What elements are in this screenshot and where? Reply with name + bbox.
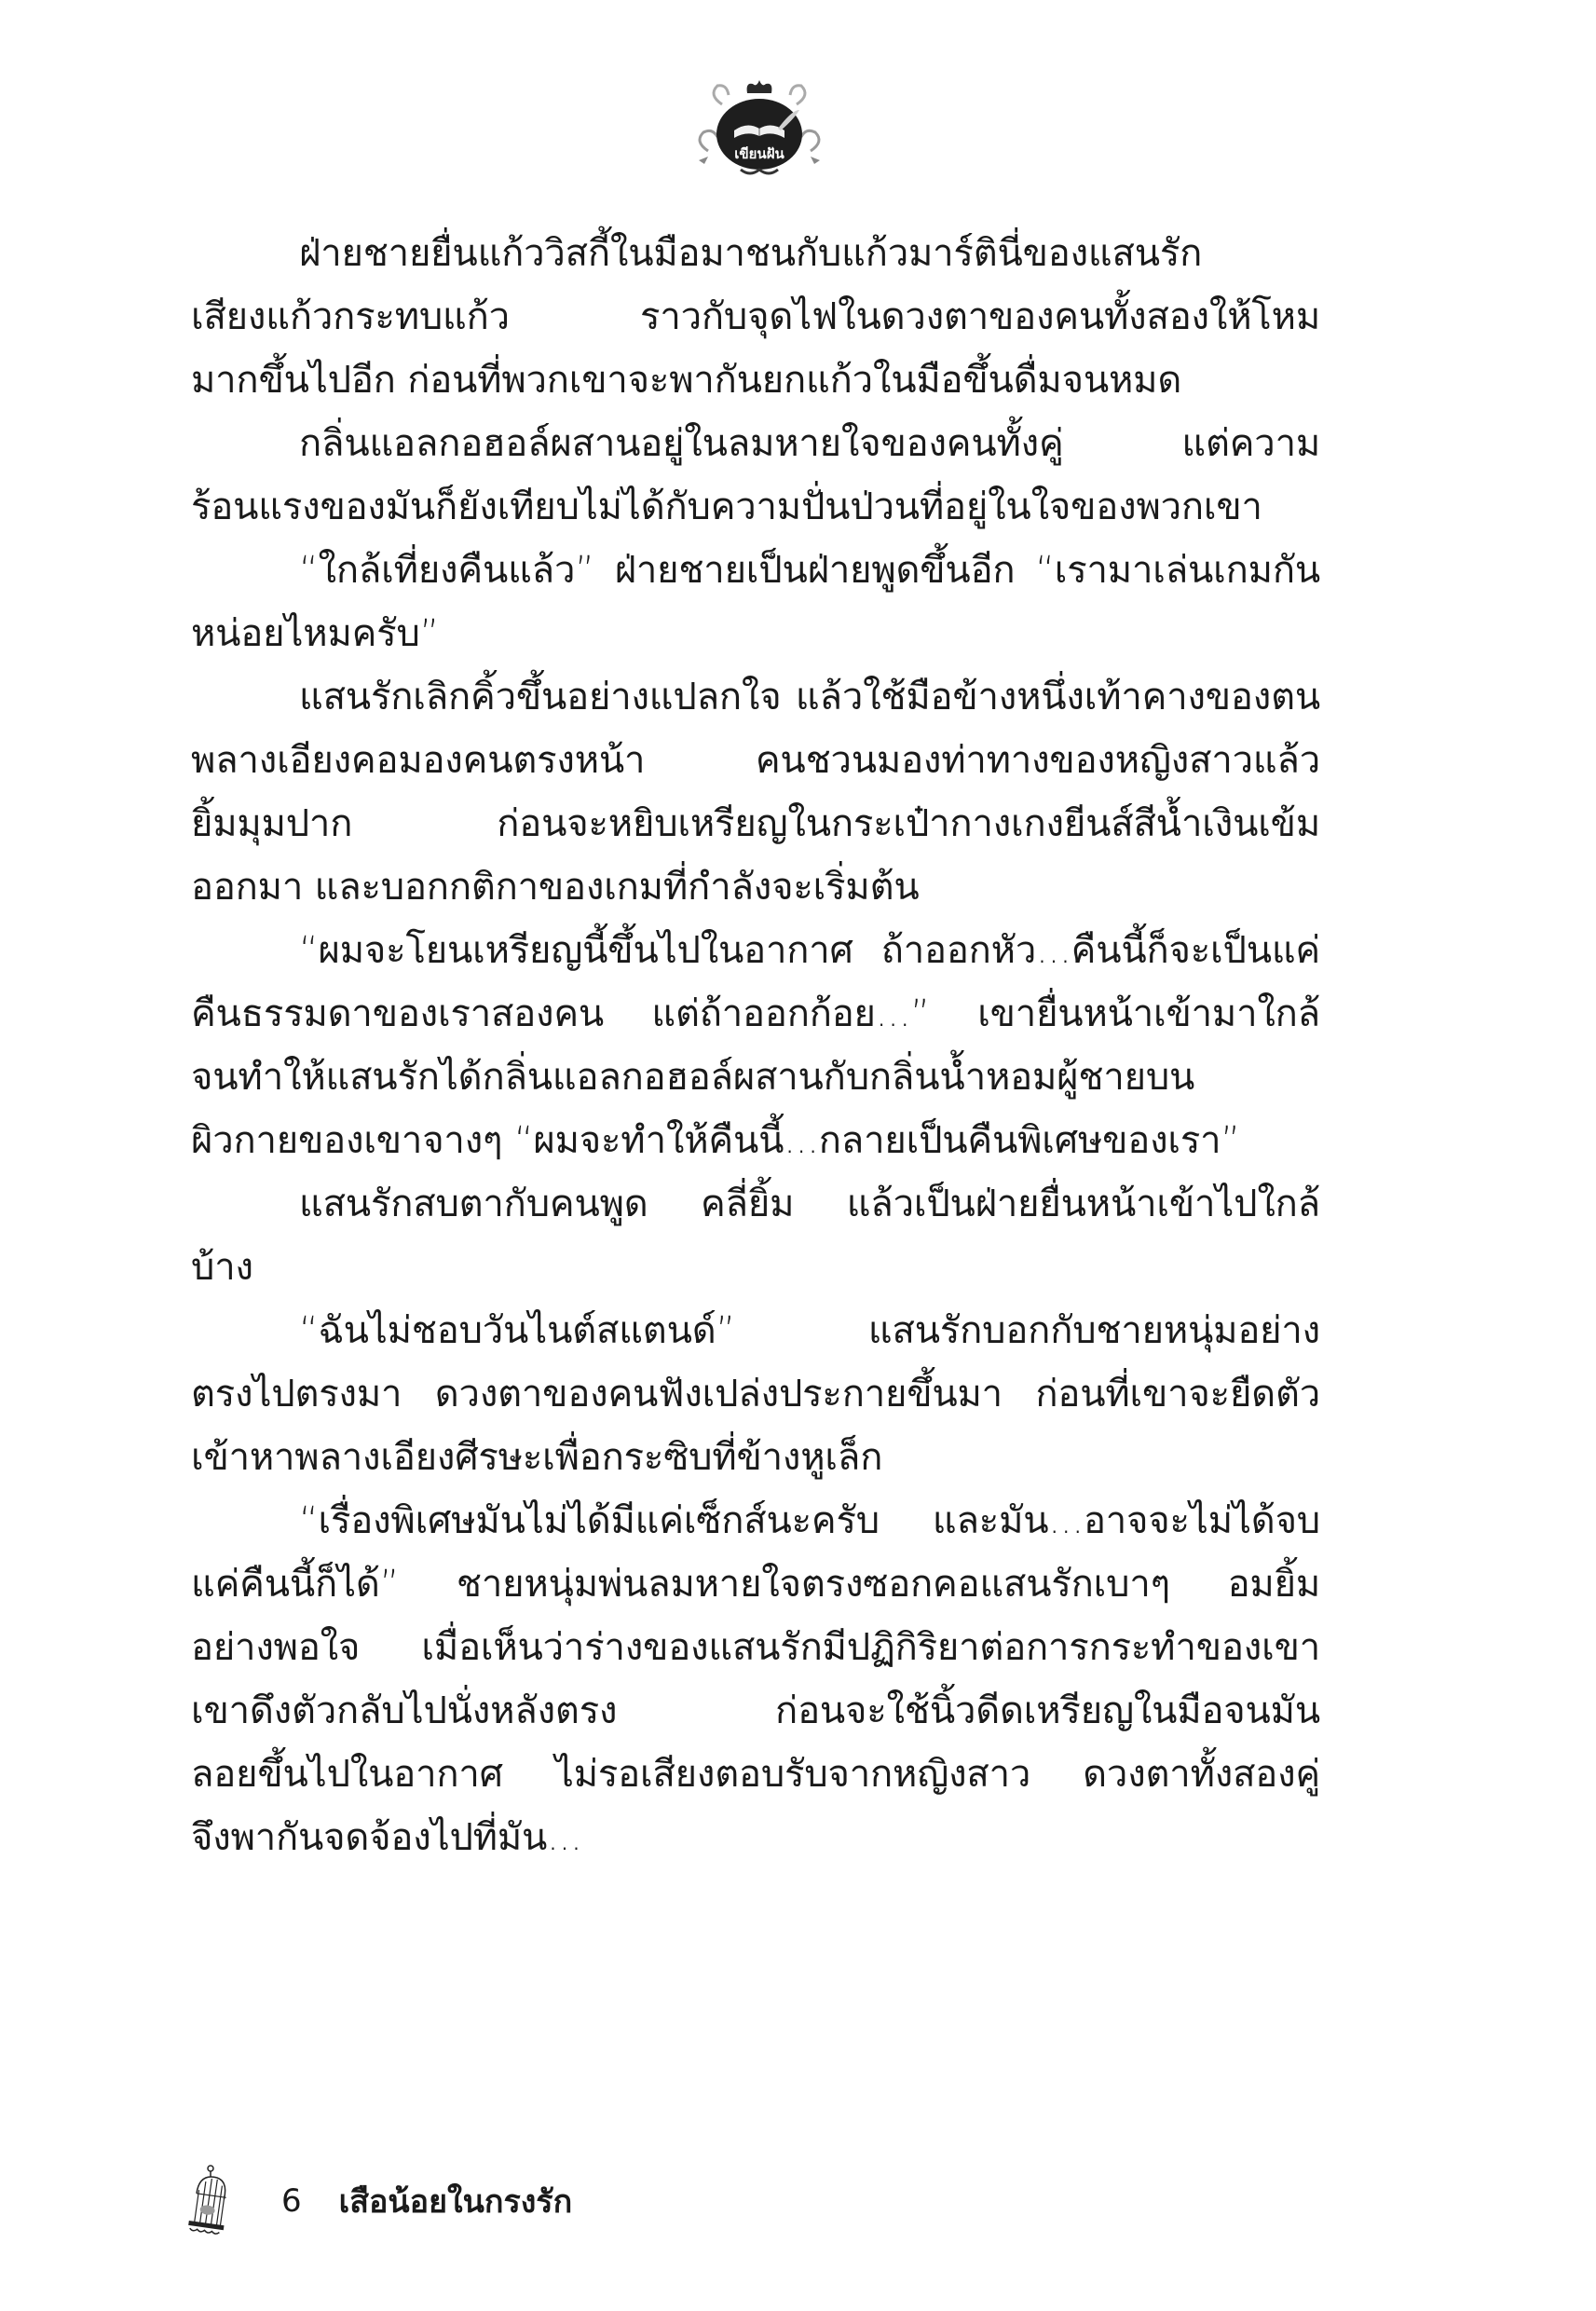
text-line: แสนรักสบตากับคนพูด คลี่ยิ้ม แล้วเป็นฝ่าย…	[191, 1172, 1320, 1236]
text-line: เขาดึงตัวกลับไปนั่งหลังตรง ก่อนจะใช้นิ้ว…	[191, 1679, 1320, 1743]
text-line: ลอยขึ้นไปในอากาศ ไม่รอเสียงตอบรับจากหญิง…	[191, 1743, 1320, 1806]
page-number: 6	[281, 2182, 302, 2220]
logo-text: เขียนฝัน	[734, 145, 784, 162]
birdcage-icon	[186, 2164, 231, 2238]
book-title: เสือน้อยในกรงรัก	[339, 2176, 573, 2226]
chapter-body-text: ฝ่ายชายยื่นแก้ววิสกี้ในมือมาชนกับแก้วมาร…	[191, 222, 1320, 1869]
text-line: แสนรักเลิกคิ้วขึ้นอย่างแปลกใจ แล้วใช้มือ…	[191, 665, 1320, 729]
text-line: จนทำให้แสนรักได้กลิ่นแอลกอฮอล์ผสานกับกลิ…	[191, 1046, 1320, 1109]
page-footer: 6 เสือน้อยในกรงรัก	[186, 2164, 572, 2238]
text-line: ออกมา และบอกกติกาของเกมที่กำลังจะเริ่มต้…	[191, 855, 1320, 919]
text-line: มากขึ้นไปอีก ก่อนที่พวกเขาจะพากันยกแก้วใ…	[191, 349, 1320, 412]
text-line: ตรงไปตรงมา ดวงตาของคนฟังเปล่งประกายขึ้นม…	[191, 1362, 1320, 1426]
text-line: เสียงแก้วกระทบแก้ว ราวกับจุดไฟในดวงตาของ…	[191, 285, 1320, 349]
text-line: “เรื่องพิเศษมันไม่ได้มีแค่เซ็กส์นะครับ แ…	[191, 1489, 1320, 1552]
text-line: กลิ่นแอลกอฮอล์ผสานอยู่ในลมหายใจของคนทั้ง…	[191, 412, 1320, 475]
publisher-logo: เขียนฝัน	[689, 76, 829, 179]
text-line: เข้าหาพลางเอียงศีรษะเพื่อกระซิบที่ข้างหู…	[191, 1426, 1320, 1489]
text-line: “ฉันไม่ชอบวันไนต์สแตนด์” แสนรักบอกกับชาย…	[191, 1299, 1320, 1362]
text-line: อย่างพอใจ เมื่อเห็นว่าร่างของแสนรักมีปฏิ…	[191, 1616, 1320, 1679]
text-line: พลางเอียงคอมองคนตรงหน้า คนชวนมองท่าทางขอ…	[191, 729, 1320, 792]
open-book-quill-emblem-icon: เขียนฝัน	[689, 76, 829, 179]
text-line: “ผมจะโยนเหรียญนี้ขึ้นไปในอากาศ ถ้าออกหัว…	[191, 919, 1320, 982]
text-line: “ใกล้เที่ยงคืนแล้ว” ฝ่ายชายเป็นฝ่ายพูดขึ…	[191, 539, 1320, 602]
text-line: บ้าง	[191, 1236, 1320, 1299]
text-line: ฝ่ายชายยื่นแก้ววิสกี้ในมือมาชนกับแก้วมาร…	[191, 222, 1320, 285]
text-line: หน่อยไหมครับ”	[191, 602, 1320, 665]
text-line: ผิวกายของเขาจางๆ “ผมจะทำให้คืนนี้...กลาย…	[191, 1109, 1320, 1172]
text-line: ยิ้มมุมปาก ก่อนจะหยิบเหรียญในกระเป๋ากางเ…	[191, 792, 1320, 855]
text-line: คืนธรรมดาของเราสองคน แต่ถ้าออกก้อย...” เ…	[191, 982, 1320, 1046]
text-line: แค่คืนนี้ก็ได้” ชายหนุ่มพ่นลมหายใจตรงซอก…	[191, 1552, 1320, 1616]
text-line: ร้อนแรงของมันก็ยังเทียบไม่ได้กับความปั่น…	[191, 475, 1320, 539]
text-line: จึงพากันจดจ้องไปที่มัน...	[191, 1806, 1320, 1869]
